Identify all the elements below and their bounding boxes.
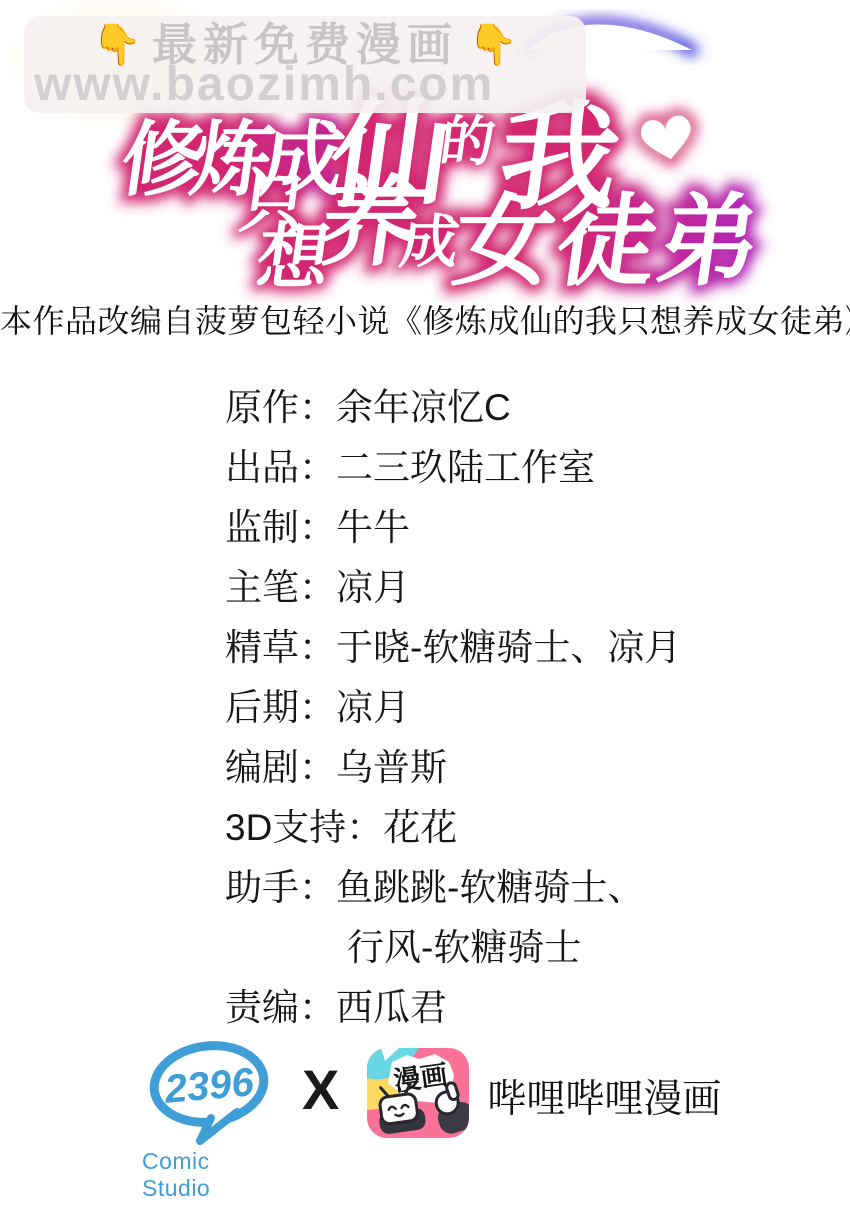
title-seg: 修炼成 xyxy=(115,114,349,206)
watermark-panel: 👇 最新免费漫画 👇 www.baozimh.com xyxy=(24,16,586,113)
credit-line-post-production: 后期：凉月 xyxy=(0,678,681,738)
credit-line-3d-support: 3D支持：花花 xyxy=(0,798,681,858)
credit-line-assistants-cont: 行风-软糖骑士 xyxy=(0,918,681,978)
adaptation-note: 本作品改编自菠萝包轻小说《修炼成仙的我只想养成女徒弟》 xyxy=(0,296,850,342)
credit-line-screenwriter: 编剧：乌普斯 xyxy=(0,738,681,798)
credit-line-rough-draft: 精草：于晓-软糖骑士、凉月 xyxy=(0,618,681,678)
credit-line-supervisor: 监制：牛牛 xyxy=(0,498,681,558)
bilibili-manga-app-icon: 漫画 xyxy=(367,1048,469,1138)
comic-credits-page: 修炼成 仙 的 我 只 想 养 成 女徒弟 修炼成 仙 的 我 只 想 养 成 … xyxy=(0,0,850,1205)
studio-logo-caption: Comic Studio xyxy=(142,1148,276,1202)
credit-line-lead-artist: 主笔：凉月 xyxy=(0,558,681,618)
credit-line-editor: 责编：西瓜君 xyxy=(0,978,681,1038)
bili-wordmark: 哔哩哔哩漫画 xyxy=(487,1068,721,1124)
credits-list: 原作：余年凉忆C 出品：二三玖陆工作室 监制：牛牛 主笔：凉月 精草：于晓-软糖… xyxy=(0,378,681,1038)
title-seg: 女徒弟 xyxy=(447,186,769,297)
studio-2396-logo: 2396 Comic Studio xyxy=(142,1040,276,1202)
credit-line-original-author: 原作：余年凉忆C xyxy=(0,378,681,438)
studio-logo-number: 2396 xyxy=(162,1060,256,1112)
credit-line-assistants: 助手：鱼跳跳-软糖骑士、 xyxy=(0,858,681,918)
title-seg: 的 xyxy=(436,112,498,172)
speech-bubble-icon: 2396 xyxy=(147,1040,271,1146)
footer-logos: 2396 Comic Studio X 漫画 xyxy=(142,1040,721,1202)
collab-x-mark: X xyxy=(302,1062,339,1118)
credit-line-producer: 出品：二三玖陆工作室 xyxy=(0,438,681,498)
watermark-site-url: www.baozimh.com xyxy=(24,61,586,109)
